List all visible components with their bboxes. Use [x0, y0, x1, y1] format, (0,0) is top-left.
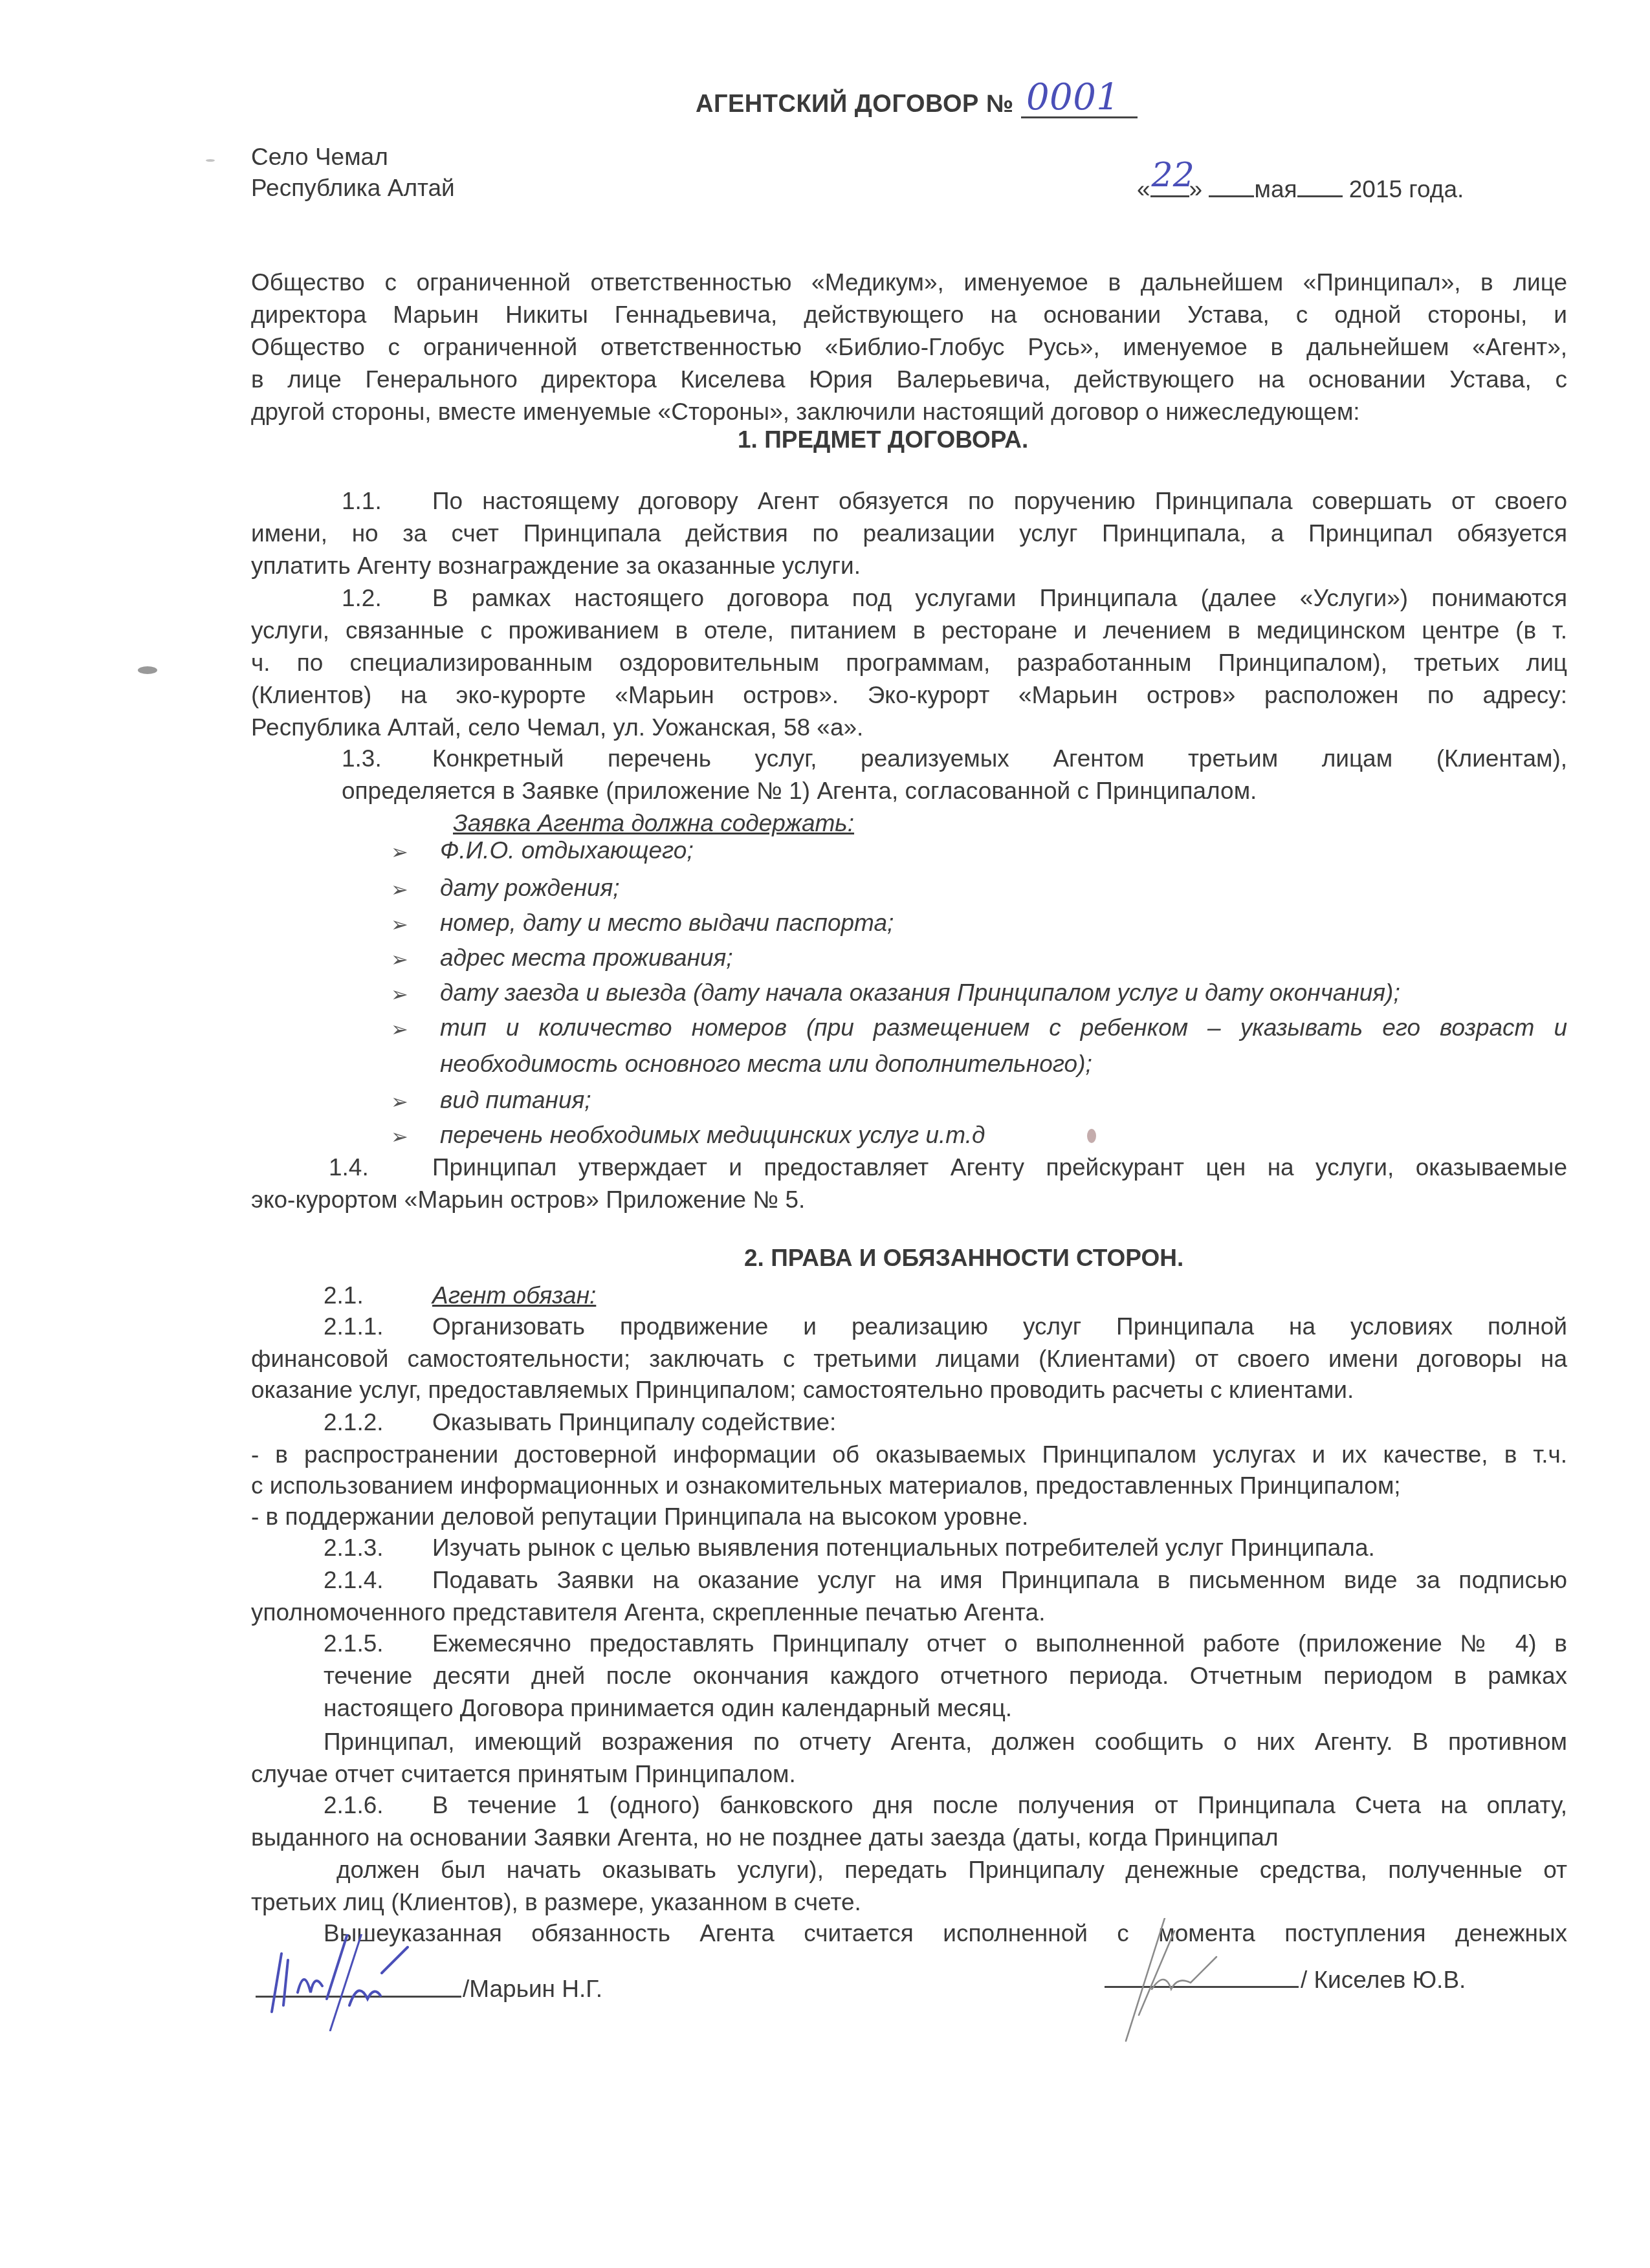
- clause-2-1-1-line: оказание услуг, предоставляемых Принципа…: [251, 1374, 1567, 1406]
- date-month: мая: [1254, 176, 1297, 202]
- handwritten-signature-principal-icon: [252, 1934, 485, 2031]
- clause-2-1-5-line: Ежемесячно предоставлять Принципалу отче…: [432, 1628, 1567, 1660]
- clause-number: 2.1.: [324, 1280, 364, 1312]
- clause-1-2-line: (Клиентов) на эко-курорте «Марьин остров…: [251, 679, 1567, 712]
- list-heading: Заявка Агента должна содержать:: [453, 807, 854, 840]
- clause-1-3-line: определяется в Заявке (приложение № 1) А…: [342, 775, 1567, 807]
- clause-2-1-5-line: настоящего Договора принимается один кал…: [324, 1692, 1567, 1725]
- clause-1-2-line: Республика Алтай, село Чемал, ул. Уожанс…: [251, 712, 1567, 744]
- place-region: Республика Алтай: [251, 172, 455, 204]
- agent-obligations-label: Агент обязан:: [432, 1280, 596, 1312]
- clause-1-1-line: имени, но за счет Принципала действия по…: [251, 518, 1567, 550]
- scan-smudge: [206, 159, 215, 162]
- clause-2-1-3-line: Изучать рынок с целью выявления потенциа…: [432, 1532, 1375, 1564]
- clause-2-1-2-line: - в распространении достоверной информац…: [251, 1439, 1567, 1471]
- clause-2-1-6-line: выданного на основании Заявки Агента, но…: [251, 1822, 1567, 1854]
- clause-2-1-6-line: третьих лиц (Клиентов), в размере, указа…: [251, 1886, 1567, 1919]
- list-item: перечень необходимых медицинских услуг и…: [440, 1122, 985, 1149]
- date-blank-2: [1297, 173, 1343, 197]
- clause-2-1-2-line: с использованием информационных и ознако…: [251, 1470, 1567, 1502]
- handwritten-contract-number: 0001: [1026, 76, 1120, 118]
- clause-2-1-2-line: - в поддержании деловой репутации Принци…: [251, 1501, 1567, 1533]
- clause-2-1-6-line: Вышеуказанная обязанность Агента считает…: [324, 1917, 1567, 1950]
- date-quote-open: «: [1137, 176, 1150, 202]
- clause-2-1-5-line: Принципал, имеющий возражения по отчету …: [324, 1726, 1567, 1758]
- scan-smudge: [138, 666, 157, 674]
- clause-number: 1.4.: [329, 1151, 369, 1184]
- clause-2-1-2-line: Оказывать Принципалу содействие:: [432, 1406, 836, 1439]
- section-1-heading: 1. ПРЕДМЕТ ДОГОВОРА.: [738, 424, 1028, 456]
- handwritten-date-day: 22: [1152, 159, 1194, 191]
- signatory-name-principal: /Марьин Н.Г.: [463, 1973, 602, 2005]
- title-text: АГЕНТСКИЙ ДОГОВОР №: [696, 91, 1014, 118]
- clause-number: 2.1.6.: [324, 1789, 384, 1822]
- contract-date: «22» мая 2015 года.: [1137, 173, 1464, 206]
- date-day-field: 22: [1150, 173, 1189, 197]
- clause-number: 1.1.: [342, 485, 382, 518]
- clause-1-1-line: По настоящему договору Агент обязуется п…: [432, 485, 1567, 518]
- clause-number: 2.1.5.: [324, 1628, 384, 1660]
- list-item: дату заезда и выезда (дату начала оказан…: [440, 979, 1400, 1007]
- preamble-line: Общество с ограниченной ответственностью…: [251, 331, 1567, 364]
- clause-number: 2.1.1.: [324, 1311, 384, 1343]
- clause-1-2-line: В рамках настоящего договора под услугам…: [432, 582, 1567, 615]
- list-item: Ф.И.О. отдыхающего;: [440, 837, 694, 864]
- list-item: номер, дату и место выдачи паспорта;: [440, 910, 894, 937]
- preamble-line: директора Марьин Никиты Геннадьевича, де…: [251, 299, 1567, 331]
- list-item: вид питания;: [440, 1087, 591, 1114]
- clause-number: 1.2.: [342, 582, 382, 615]
- arrow-bullet-icon: ➢: [391, 947, 408, 972]
- clause-number: 2.1.2.: [324, 1406, 384, 1439]
- clause-number: 2.1.3.: [324, 1532, 384, 1564]
- handwritten-signature-agent-icon: [1113, 1918, 1307, 2047]
- clause-1-2-line: услуги, связанные с проживанием в отеле,…: [251, 615, 1567, 647]
- clause-2-1-5-line: течение десяти дней после окончания кажд…: [324, 1660, 1567, 1692]
- list-item-continuation: необходимость основного места или дополн…: [440, 1051, 1092, 1078]
- signatory-name-agent: / Киселев Ю.В.: [1301, 1964, 1466, 1996]
- preamble-line: Общество с ограниченной ответственностью…: [251, 267, 1567, 299]
- arrow-bullet-icon: ➢: [391, 840, 408, 864]
- arrow-bullet-icon: ➢: [391, 1089, 408, 1114]
- date-blank-1: [1209, 173, 1254, 197]
- contract-number-field: 0001: [1021, 91, 1138, 118]
- arrow-bullet-icon: ➢: [391, 877, 408, 902]
- clause-2-1-6-line: должен был начать оказывать услуги), пер…: [336, 1854, 1567, 1886]
- contract-page: АГЕНТСКИЙ ДОГОВОР № 0001 Село Чемал Респ…: [0, 0, 1650, 2268]
- clause-1-3-line: Конкретный перечень услуг, реализуемых А…: [432, 743, 1567, 775]
- clause-2-1-5-line: случае отчет считается принятым Принципа…: [251, 1758, 1567, 1791]
- arrow-bullet-icon: ➢: [391, 1017, 408, 1041]
- clause-number: 2.1.4.: [324, 1564, 384, 1597]
- clause-1-2-line: ч. по специализированным оздоровительным…: [251, 647, 1567, 679]
- arrow-bullet-icon: ➢: [391, 1124, 408, 1149]
- list-item: адрес места проживания;: [440, 944, 733, 972]
- arrow-bullet-icon: ➢: [391, 982, 408, 1007]
- list-item: дату рождения;: [440, 875, 620, 902]
- arrow-bullet-icon: ➢: [391, 912, 408, 937]
- clause-1-4-line: эко-курортом «Марьин остров» Приложение …: [251, 1184, 1567, 1216]
- section-2-heading: 2. ПРАВА И ОБЯЗАННОСТИ СТОРОН.: [744, 1242, 1183, 1274]
- clause-2-1-4-line: Подавать Заявки на оказание услуг на имя…: [432, 1564, 1567, 1597]
- date-year: 2015 года.: [1349, 176, 1464, 202]
- list-item: тип и количество номеров (при размещение…: [440, 1014, 1567, 1041]
- contract-title: АГЕНТСКИЙ ДОГОВОР № 0001: [696, 91, 1138, 118]
- clause-2-1-6-line: В течение 1 (одного) банковского дня пос…: [432, 1789, 1567, 1822]
- clause-1-1-line: уплатить Агенту вознаграждение за оказан…: [251, 550, 1567, 582]
- clause-2-1-4-line: уполномоченного представителя Агента, ск…: [251, 1597, 1567, 1629]
- clause-2-1-1-line: Организовать продвижение и реализацию ус…: [432, 1311, 1567, 1343]
- scan-smudge: [1087, 1129, 1096, 1143]
- clause-2-1-1-line: финансовой самостоятельности; заключать …: [251, 1343, 1567, 1375]
- clause-number: 1.3.: [342, 743, 382, 775]
- clause-1-4-line: Принципал утверждает и предоставляет Аге…: [432, 1151, 1567, 1184]
- preamble-line: в лице Генерального директора Киселева Ю…: [251, 364, 1567, 396]
- place-village: Село Чемал: [251, 141, 388, 173]
